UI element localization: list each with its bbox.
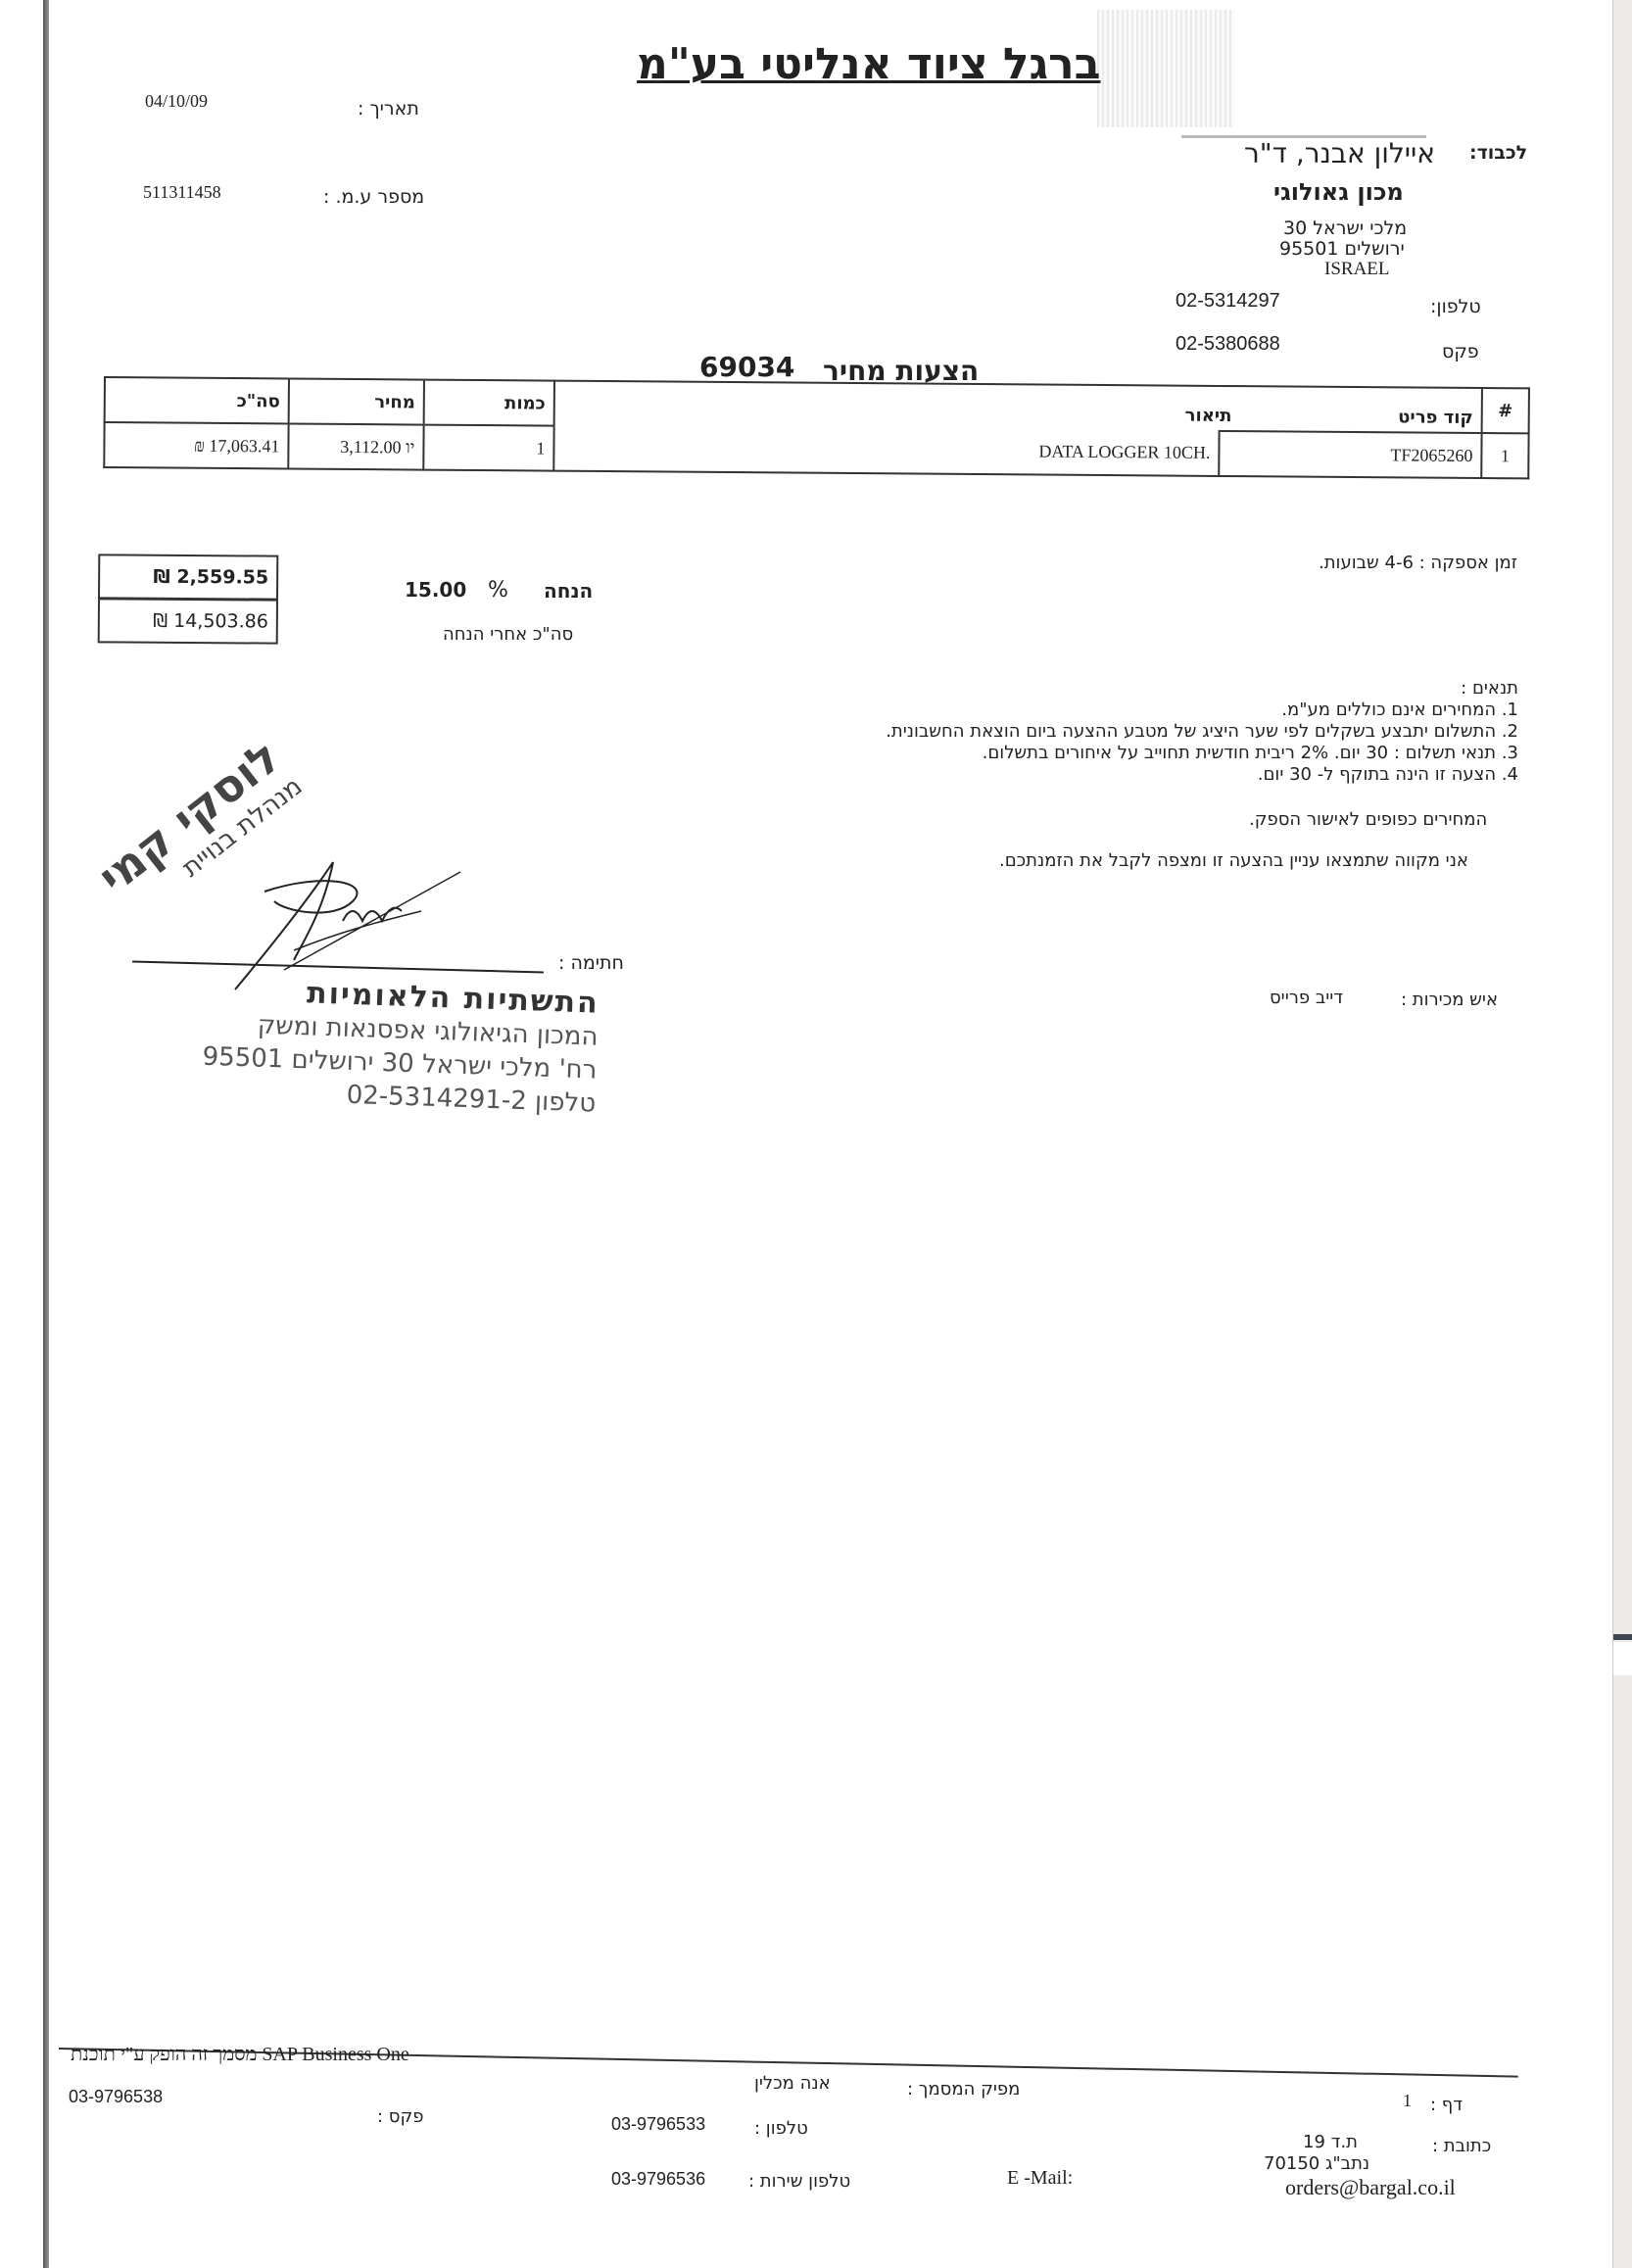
row-price: יו 3,112.00 bbox=[288, 423, 423, 469]
description-header-text: תיאור bbox=[800, 403, 1231, 426]
date-label: תאריך : bbox=[358, 98, 419, 120]
scan-left-edge bbox=[43, 0, 49, 2268]
address-line-1: מלכי ישראל 30 bbox=[1283, 217, 1407, 239]
supplier-approval-note: המחירים כפופים לאישור הספק. bbox=[1249, 809, 1487, 831]
discount-percent-sign: % bbox=[488, 578, 508, 603]
after-discount-amount: ₪ 14,503.86 bbox=[100, 600, 276, 642]
terms-item-1: 1. המחירים אינם כוללים מע"מ. bbox=[784, 700, 1518, 721]
terms-block: תנאים : 1. המחירים אינם כוללים מע"מ. 2. … bbox=[784, 678, 1518, 786]
terms-item-3: 3. תנאי תשלום : 30 יום. 2% ריבית חודשית … bbox=[784, 743, 1518, 764]
row-quantity: 1 bbox=[423, 425, 553, 471]
totals-box: ₪ 2,559.55 ₪ 14,503.86 bbox=[98, 554, 279, 644]
generated-by-note: מסמך זה הופק ע"י תוכנת SAP Business One bbox=[71, 2044, 409, 2066]
date-value: 04/10/09 bbox=[145, 91, 208, 112]
items-table: סה"כ מחיר כמות תיאור קוד פריט # ₪ 17,063… bbox=[103, 376, 1530, 479]
col-quantity-header: כמות bbox=[424, 380, 554, 426]
footer-phone-label: טלפון : bbox=[754, 2118, 808, 2139]
item-code-header-text: קוד פריט bbox=[1238, 406, 1473, 428]
footer-address-line-1: ת.ד 19 bbox=[1303, 2132, 1358, 2152]
fax-value: 02-5380688 bbox=[1176, 333, 1280, 356]
after-discount-label: סה"כ אחרי הנחה bbox=[443, 624, 573, 645]
col-num-header: # bbox=[1482, 388, 1529, 433]
footer-fax-value: 03-9796538 bbox=[69, 2087, 163, 2107]
scan-artifact bbox=[1097, 10, 1234, 127]
row-num: 1 bbox=[1481, 433, 1528, 478]
fax-label: פקס bbox=[1442, 341, 1479, 362]
row-total: ₪ 17,063.41 bbox=[104, 422, 288, 468]
discount-label: הנחה bbox=[544, 579, 593, 603]
company-title: ברגל ציוד אנליטי בע"מ bbox=[637, 39, 1101, 89]
phone-label: טלפון: bbox=[1430, 296, 1481, 317]
row-description: DATA LOGGER 10CH. bbox=[553, 426, 1219, 476]
service-phone-value: 03-9796536 bbox=[611, 2169, 705, 2190]
quote-number: 69034 bbox=[699, 351, 794, 383]
issuer-name: אנה מכלין bbox=[754, 2073, 831, 2094]
footer-phone-value: 03-9796533 bbox=[611, 2114, 705, 2135]
address-label: כתובת : bbox=[1432, 2136, 1491, 2156]
footer-address-line-2: נתב"ג 70150 bbox=[1264, 2153, 1369, 2174]
vat-value: 511311458 bbox=[143, 182, 221, 203]
page-label: דף : bbox=[1430, 2095, 1463, 2115]
institute-stamp: התשתיות הלאומיות המכון הגיאולוגי אפסנאות… bbox=[165, 972, 600, 1120]
address-country: ISRAEL bbox=[1324, 259, 1390, 280]
email-value[interactable]: orders@bargal.co.il bbox=[1285, 2175, 1456, 2200]
issuer-label: מפיק המסמך : bbox=[907, 2079, 1020, 2099]
phone-value: 02-5314297 bbox=[1176, 290, 1280, 313]
col-description-header: תיאור קוד פריט bbox=[554, 381, 1482, 433]
delivery-time: זמן אספקה : 4-6 שבועות. bbox=[1319, 553, 1517, 574]
footer-fax-label: פקס : bbox=[377, 2106, 423, 2127]
to-label: לכבוד: bbox=[1469, 142, 1527, 164]
salesperson-label: איש מכירות : bbox=[1401, 989, 1498, 1010]
address-line-2: ירושלים 95501 bbox=[1279, 238, 1405, 260]
salesperson-name: דייב פרייס bbox=[1270, 988, 1343, 1008]
col-price-header: מחיר bbox=[289, 378, 424, 424]
terms-item-4: 4. הצעה זו הינה בתוקף ל- 30 יום. bbox=[784, 764, 1518, 786]
terms-title: תנאים : bbox=[784, 678, 1518, 700]
page-value: 1 bbox=[1403, 2091, 1412, 2111]
terms-item-2: 2. התשלום יתבצע בשקלים לפי שער היציג של … bbox=[784, 721, 1518, 743]
recipient-name: איילון אבנר, ד"ר bbox=[1244, 137, 1435, 169]
discount-percent: 15.00 bbox=[405, 578, 466, 602]
email-label: E -Mail: bbox=[1007, 2167, 1073, 2190]
recipient-organization: מכון גאולוגי bbox=[1273, 178, 1404, 206]
vat-label: מספר ע.מ. : bbox=[323, 186, 424, 208]
col-total-header: סה"כ bbox=[105, 377, 289, 423]
service-phone-label: טלפון שירות : bbox=[748, 2171, 850, 2192]
discount-amount: ₪ 2,559.55 bbox=[100, 555, 276, 601]
scan-right-edge bbox=[1612, 0, 1632, 2268]
closing-note: אני מקווה שתמצאו עניין בהצעה זו ומצפה לק… bbox=[999, 850, 1468, 872]
signature-label: חתימה : bbox=[558, 952, 624, 974]
row-item-code: TF2065260 bbox=[1219, 431, 1481, 478]
